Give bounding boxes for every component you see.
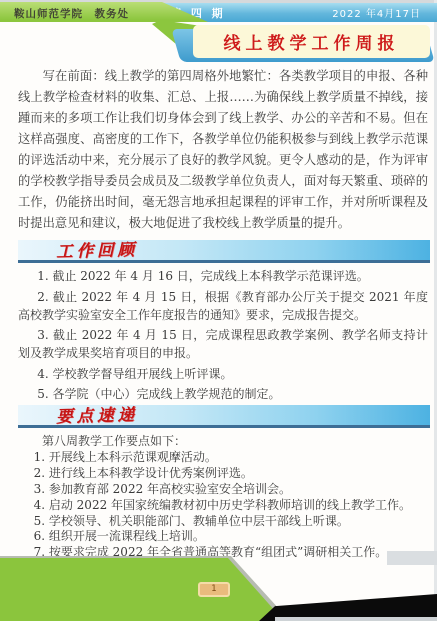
section-key-points-bar: 要点速递: [18, 405, 430, 428]
photo-edge-bottom: [275, 617, 437, 621]
foreword-paragraph: 写在前面：线上教学的第四周格外地繁忙：各类教学项目的申报、各种线上教学检查材料的…: [18, 66, 428, 234]
footer-band: [0, 558, 312, 621]
list-item: 3. 参加教育部 2022 年高校实验室安全培训会。: [18, 482, 428, 498]
list-item: 1. 截止 2022 年 4 月 16 日，完成线上本科教学示范课评选。: [18, 267, 428, 285]
institution-name: 鞍山师范学院 教务处: [14, 8, 129, 20]
work-review-list: 1. 截止 2022 年 4 月 16 日，完成线上本科教学示范课评选。 2. …: [18, 267, 428, 406]
list-item: 4. 学校教学督导组开展线上听评课。: [18, 365, 428, 383]
key-points-list: 第八周教学工作要点如下： 1. 开展线上本科示范课观摩活动。 2. 进行线上本科…: [18, 434, 428, 561]
list-item: 2. 截止 2022 年 4 月 15 日，根据《教育部办公厅关于提交 2021…: [18, 288, 428, 324]
list-item: 6. 组织开展一流课程线上培训。: [18, 529, 428, 545]
section-work-review-heading: 工作回顾: [56, 236, 139, 262]
list-item: 3. 截止 2022 年 4 月 15 日，完成课程思政教学案例、教学名师支持计…: [18, 326, 428, 362]
list-item: 2. 进行线上本科教学设计优秀案例评选。: [18, 466, 428, 482]
list-item: 5. 学校领导、机关职能部门、教辅单位中层干部线上听课。: [18, 514, 428, 530]
key-points-intro: 第八周教学工作要点如下：: [18, 434, 428, 450]
section-key-points-heading: 要点速递: [56, 401, 139, 427]
section-work-review-bar: 工作回顾: [18, 240, 430, 263]
list-item: 4. 启动 2022 年国家统编教材初中历史学科教师培训的线上教学工作。: [18, 498, 428, 514]
list-item: 1. 开展线上本科示范课观摩活动。: [18, 450, 428, 466]
page-number-badge: 1: [198, 582, 230, 597]
title-banner: 线上教学工作周报: [193, 25, 430, 58]
report-date: 2022 年4月17日: [332, 5, 421, 20]
weekly-report-page: 第 四 期 2022 年4月17日 鞍山师范学院 教务处 线上教学工作周报 写在…: [0, 0, 437, 621]
list-item: 5. 各学院（中心）完成线上教学规范的制定。: [18, 385, 428, 403]
page-title: 线上教学工作周报: [224, 29, 400, 54]
